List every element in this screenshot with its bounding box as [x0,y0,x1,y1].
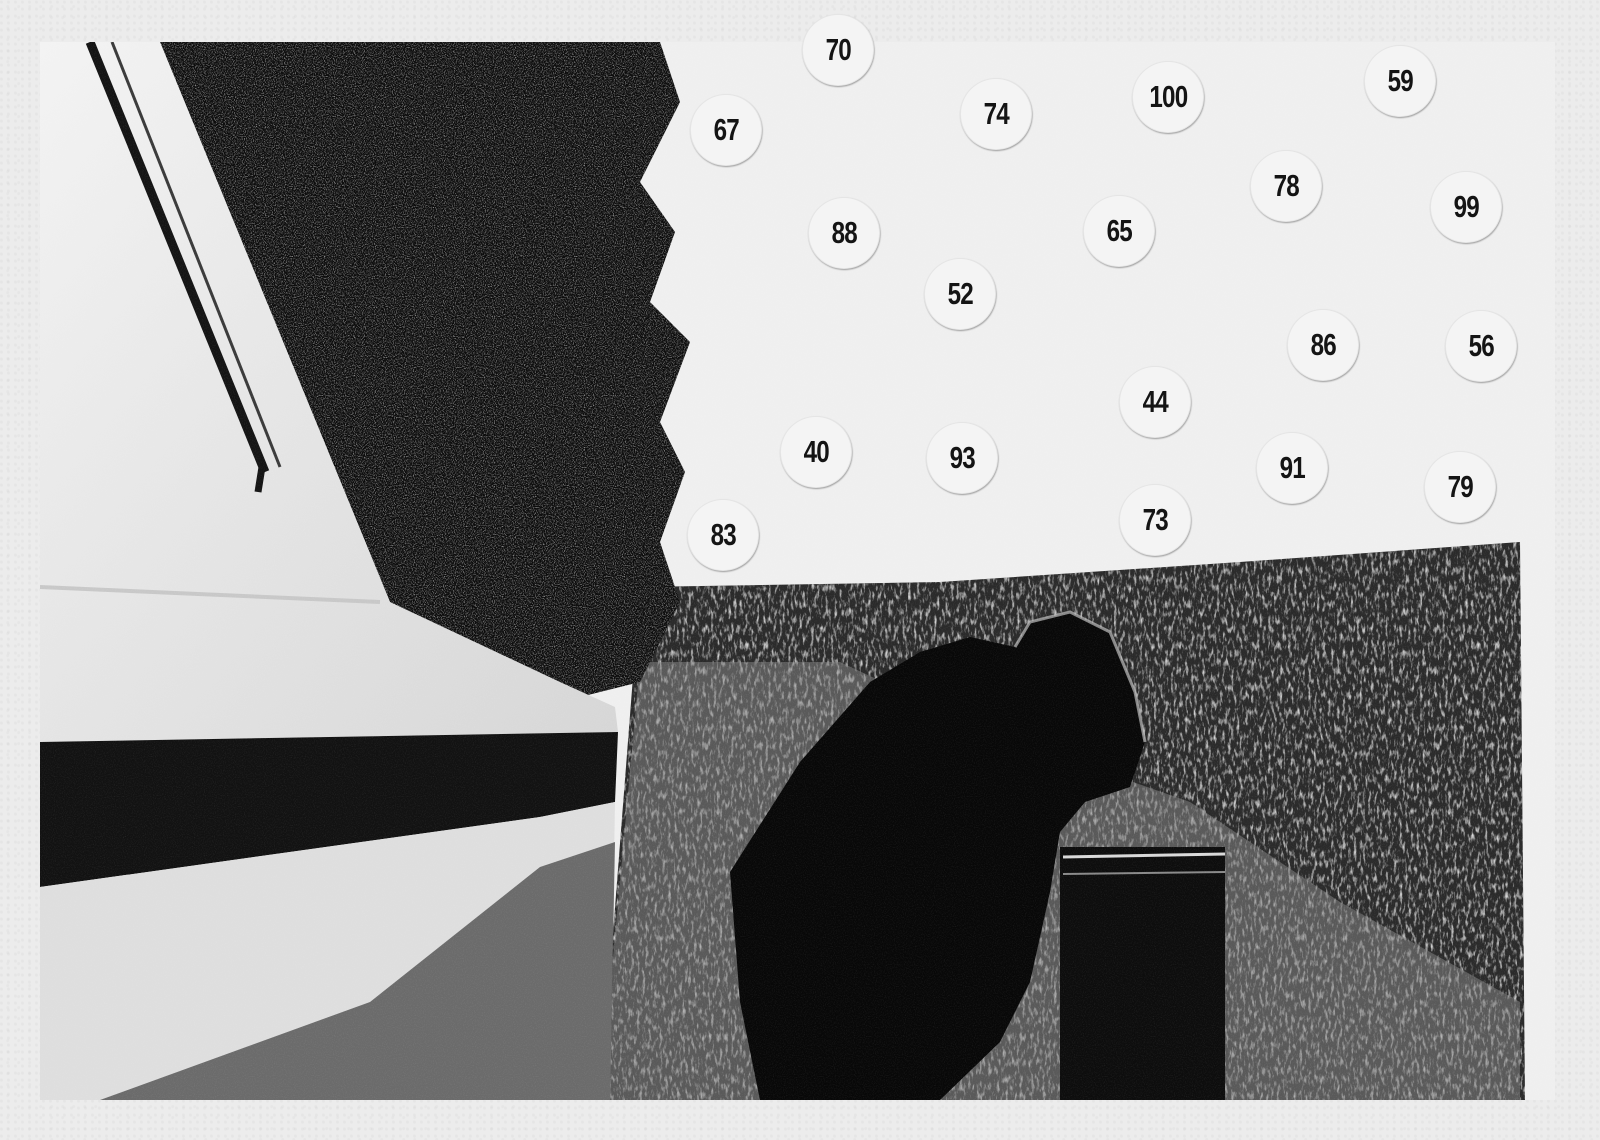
number-sticker: 52 [924,258,996,330]
sticker-label: 52 [947,276,972,312]
number-sticker: 100 [1132,61,1204,133]
sticker-label: 73 [1142,502,1167,538]
number-sticker: 70 [802,14,874,86]
number-sticker: 83 [687,499,759,571]
number-sticker: 65 [1083,195,1155,267]
sticker-label: 65 [1106,213,1131,249]
number-sticker: 91 [1256,432,1328,504]
number-sticker: 93 [926,422,998,494]
sticker-label: 70 [825,32,850,68]
sticker-label: 78 [1273,168,1298,204]
sticker-label: 59 [1387,63,1412,99]
sticker-label: 74 [983,96,1008,132]
number-sticker: 73 [1119,484,1191,556]
number-sticker: 99 [1430,171,1502,243]
sticker-label: 91 [1279,450,1304,486]
number-sticker: 44 [1119,366,1191,438]
number-sticker: 86 [1287,309,1359,381]
sticker-label: 79 [1447,469,1472,505]
number-sticker: 40 [780,416,852,488]
number-sticker: 88 [808,197,880,269]
sticker-label: 88 [831,215,856,251]
number-sticker: 74 [960,78,1032,150]
number-sticker: 59 [1364,45,1436,117]
number-sticker: 78 [1250,150,1322,222]
sticker-label: 93 [949,440,974,476]
sticker-label: 83 [710,517,735,553]
sticker-label: 86 [1310,327,1335,363]
number-sticker: 56 [1445,310,1517,382]
number-sticker: 79 [1424,451,1496,523]
sticker-label: 100 [1149,79,1187,115]
sticker-label: 99 [1453,189,1478,225]
sticker-label: 67 [713,112,738,148]
number-sticker: 67 [690,94,762,166]
photograph [40,42,1555,1100]
sticker-label: 40 [803,434,828,470]
sticker-label: 44 [1142,384,1167,420]
sticker-label: 56 [1468,328,1493,364]
photo-scene [40,42,1555,1100]
